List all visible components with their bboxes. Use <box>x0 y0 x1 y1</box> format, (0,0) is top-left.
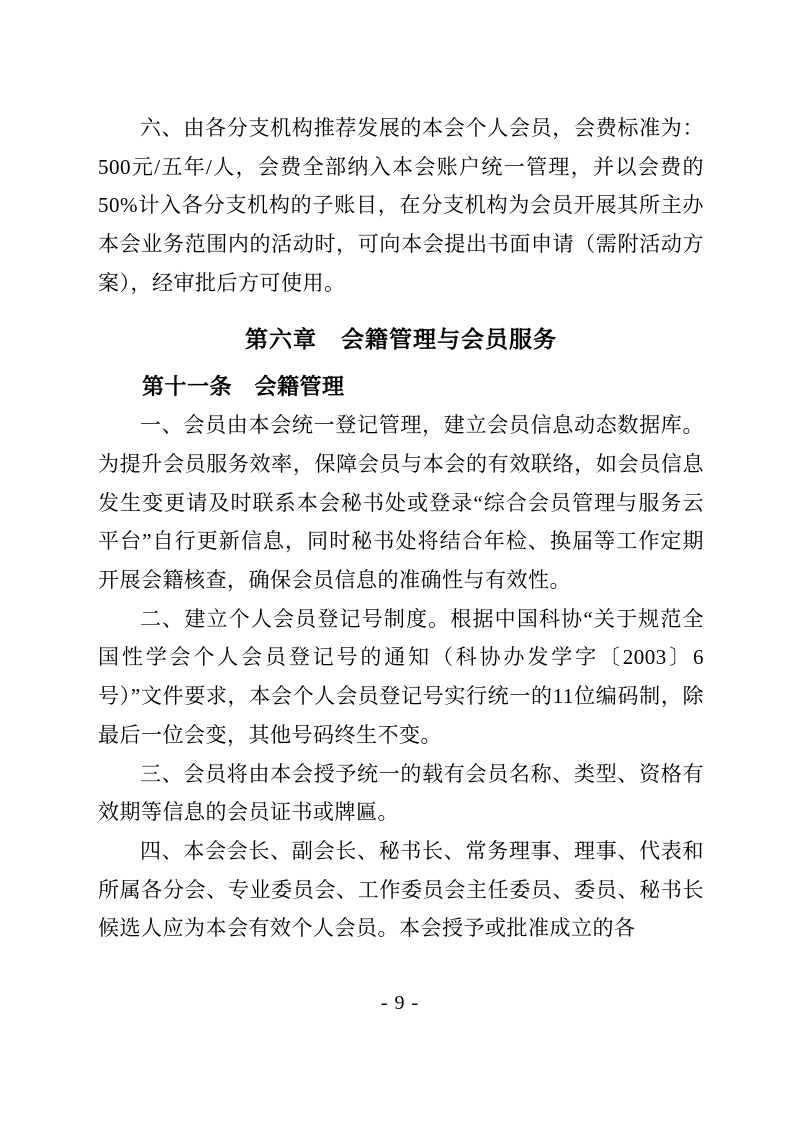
paragraph-registration-number: 二、建立个人会员登记号制度。根据中国科协“关于规范全国性学会个人会员登记号的通知… <box>98 600 704 755</box>
chapter-heading: 第六章 会籍管理与会员服务 <box>98 317 704 361</box>
document-page: 六、由各分支机构推荐发展的本会个人会员，会费标准为：500元/五年/人，会费全部… <box>0 0 800 1131</box>
article-heading: 第十一条 会籍管理 <box>98 368 704 407</box>
paragraph-candidates: 四、本会会长、副会长、秘书长、常务理事、理事、代表和所属各分会、专业委员会、工作… <box>98 832 704 948</box>
page-number: - 9 - <box>0 992 800 1015</box>
paragraph-member-registry: 一、会员由本会统一登记管理，建立会员信息动态数据库。为提升会员服务效率，保障会员… <box>98 406 704 600</box>
page-content: 六、由各分支机构推荐发展的本会个人会员，会费标准为：500元/五年/人，会费全部… <box>98 109 704 948</box>
paragraph-certificate: 三、会员将由本会授予统一的载有会员名称、类型、资格有效期等信息的会员证书或牌匾。 <box>98 755 704 832</box>
paragraph-membership-fee: 六、由各分支机构推荐发展的本会个人会员，会费标准为：500元/五年/人，会费全部… <box>98 109 704 303</box>
